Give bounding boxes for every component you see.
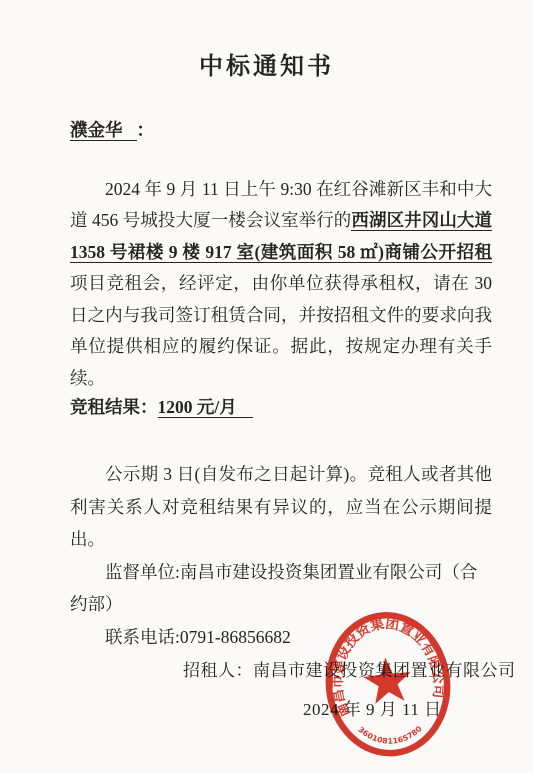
document-title: 中标通知书 [0, 46, 533, 81]
salutation-line: 濮金华： [70, 117, 154, 142]
scanned-document-page: 中标通知书 濮金华： 2024 年 9 月 11 日上午 9:30 在红谷滩新区… [0, 0, 533, 773]
body-paragraph-1: 2024 年 9 月 11 日上午 9:30 在红谷滩新区丰和中大道 456 号… [70, 174, 492, 395]
rent-result-value: 1200 元/月 [158, 397, 253, 418]
company-seal-stamp-icon: 南昌市建设投资集团置业有限公司 3601081165780 [314, 601, 465, 766]
para1-closing-run: 项目竞租会，经评定，由你单位获得承租权，请在 30 日之内与我司签订租赁合同，并… [70, 273, 492, 388]
recipient-name: 濮金华 [70, 120, 137, 141]
rent-result-line: 竞租结果：1200 元/月 [70, 394, 253, 419]
seal-star-icon [362, 655, 414, 705]
salutation-colon: ： [137, 120, 155, 140]
publicity-paragraph: 公示期 3 日(自发布之日起计算)。竞租人或者其他利害关系人对竞租结果有异议的，… [70, 458, 492, 556]
rent-result-label: 竞租结果： [70, 397, 158, 417]
